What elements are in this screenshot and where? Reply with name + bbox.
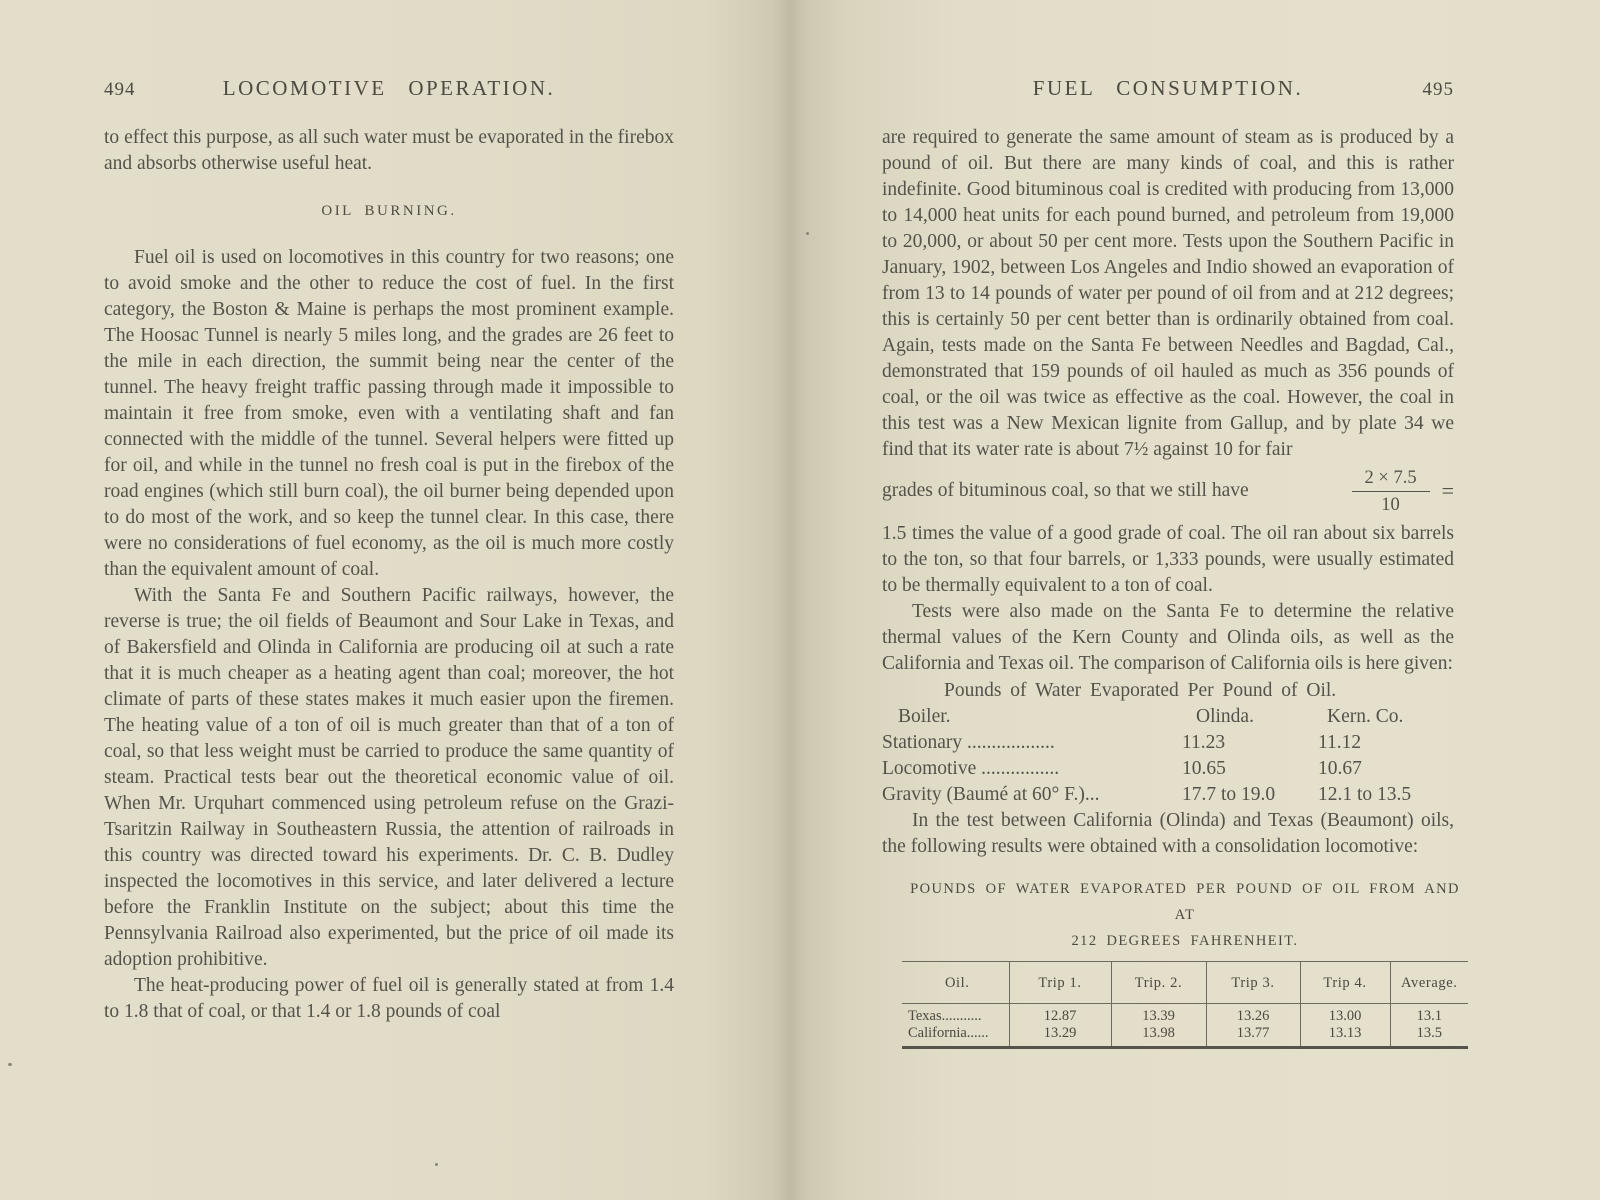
table-header-cell: Average. [1390,962,1468,1004]
list-value: 10.65 [1182,756,1318,782]
evaporation-list-title: Pounds of Water Evaporated Per Pound of … [882,677,1454,704]
paper-speck [8,1063,12,1066]
table-header-cell: Trip 3. [1206,962,1300,1004]
book-spread: { "book": { "left_page": { "page_number"… [0,0,1600,1200]
evaporation-list-header: Boiler. Olinda. Kern. Co. [882,704,1454,730]
right-page-body: are required to generate the same amount… [882,125,1454,1049]
table-header-cell: Trip. 2. [1111,962,1206,1004]
right-running-title: FUEL CONSUMPTION. [962,76,1374,101]
evaporation-list: Boiler. Olinda. Kern. Co. Stationary ...… [882,704,1454,808]
left-page-number: 494 [104,79,184,101]
table-header-cell: Trip 4. [1300,962,1390,1004]
table-cell: Texas........... [902,1004,1009,1026]
intro-paragraph: to effect this purpose, as all such wate… [104,125,674,177]
left-page: 494 LOCOMOTIVE OPERATION. to effect this… [104,76,674,1025]
list-row-locomotive: Locomotive ................ 10.65 10.67 [882,756,1454,782]
body-paragraph: The heat-producing power of fuel oil is … [104,973,674,1025]
fraction-numerator: 2 × 7.5 [1352,467,1430,492]
table-caption: POUNDS OF WATER EVAPORATED PER POUND OF … [902,876,1468,954]
list-value: 10.67 [1318,756,1454,782]
table-cell: 13.5 [1390,1025,1468,1048]
list-header-olinda: Olinda. [1182,704,1318,730]
equals-sign: = [1442,478,1454,504]
paper-speck [806,232,809,235]
table-row-california: California...... 13.29 13.98 13.77 13.13… [902,1025,1468,1048]
list-row-gravity: Gravity (Baumé at 60° F.)... 17.7 to 19.… [882,782,1454,808]
table-cell: 12.87 [1009,1004,1111,1026]
body-paragraph: Tests were also made on the Santa Fe to … [882,599,1454,677]
body-paragraph: With the Santa Fe and Southern Pacific r… [104,583,674,973]
table-caption-line-1: POUNDS OF WATER EVAPORATED PER POUND OF … [902,876,1468,928]
body-paragraph: 1.5 times the value of a good grade of c… [882,521,1454,599]
table-header-row: Oil. Trip 1. Trip. 2. Trip 3. Trip 4. Av… [902,962,1468,1004]
body-paragraph: In the test between California (Olinda) … [882,808,1454,860]
formula-line: grades of bituminous coal, so that we st… [882,464,1454,518]
fraction: 2 × 7.5 10 [1352,467,1430,516]
paper-speck [435,1163,438,1166]
table-header-cell: Oil. [902,962,1009,1004]
results-table-block: POUNDS OF WATER EVAPORATED PER POUND OF … [902,876,1468,1049]
table-cell: 13.98 [1111,1025,1206,1048]
table-cell: California...... [902,1025,1009,1048]
formula-prefix: grades of bituminous coal, so that we st… [882,478,1249,504]
list-value: 12.1 to 13.5 [1318,782,1454,808]
table-caption-line-2: 212 DEGREES FAHRENHEIT. [902,928,1468,954]
list-value: 17.7 to 19.0 [1182,782,1318,808]
results-table: Oil. Trip 1. Trip. 2. Trip 3. Trip 4. Av… [902,961,1468,1049]
table-cell: 13.39 [1111,1004,1206,1026]
right-running-header: FUEL CONSUMPTION. 495 [882,76,1454,101]
list-row-stationary: Stationary .................. 11.23 11.1… [882,730,1454,756]
list-value: 11.23 [1182,730,1318,756]
list-label: Gravity (Baumé at 60° F.)... [882,782,1182,808]
table-cell: 13.77 [1206,1025,1300,1048]
table-cell: 13.13 [1300,1025,1390,1048]
left-page-body: to effect this purpose, as all such wate… [104,125,674,1025]
table-cell: 13.26 [1206,1004,1300,1026]
body-paragraph: Fuel oil is used on locomotives in this … [104,245,674,583]
list-label: Locomotive ................ [882,756,1182,782]
list-header-kern: Kern. Co. [1318,704,1454,730]
table-cell: 13.00 [1300,1004,1390,1026]
table-cell: 13.1 [1390,1004,1468,1026]
left-running-title: LOCOMOTIVE OPERATION. [184,76,594,101]
body-paragraph: are required to generate the same amount… [882,125,1454,463]
table-header-cell: Trip 1. [1009,962,1111,1004]
table-row-texas: Texas........... 12.87 13.39 13.26 13.00… [902,1004,1468,1026]
list-header-boiler: Boiler. [882,704,1182,730]
right-page-number: 495 [1374,79,1454,101]
table-cell: 13.29 [1009,1025,1111,1048]
fraction-denominator: 10 [1352,492,1430,516]
left-running-header: 494 LOCOMOTIVE OPERATION. [104,76,674,101]
list-label: Stationary .................. [882,730,1182,756]
section-heading-oil-burning: OIL BURNING. [104,198,674,224]
list-value: 11.12 [1318,730,1454,756]
right-page: FUEL CONSUMPTION. 495 are required to ge… [882,76,1454,1049]
